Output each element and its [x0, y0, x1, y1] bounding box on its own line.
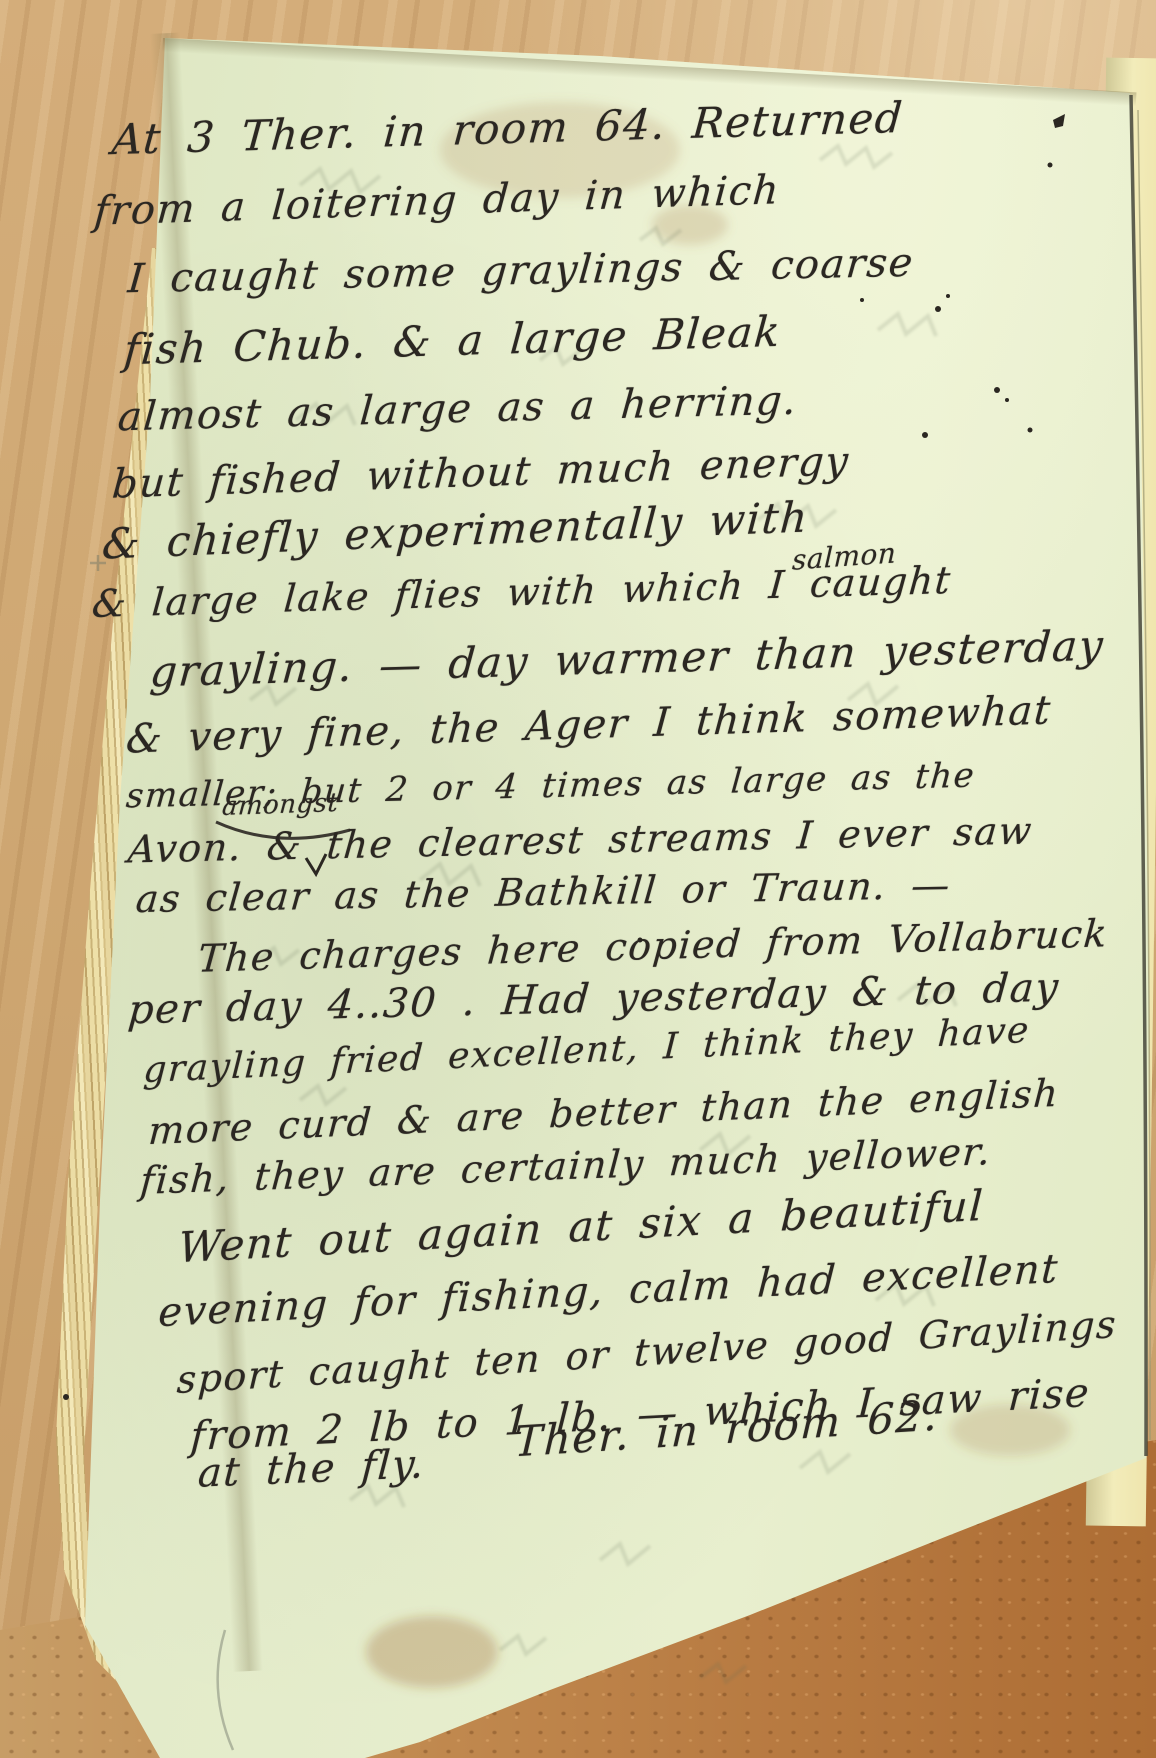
page-right-edge-line [1131, 95, 1150, 1456]
manuscript-line: at the fly. [197, 1441, 427, 1497]
inserted-word-amongst: amongst [221, 788, 340, 822]
photograph-of-diary: { "manuscript": { "description": "Handwr… [0, 0, 1156, 1758]
